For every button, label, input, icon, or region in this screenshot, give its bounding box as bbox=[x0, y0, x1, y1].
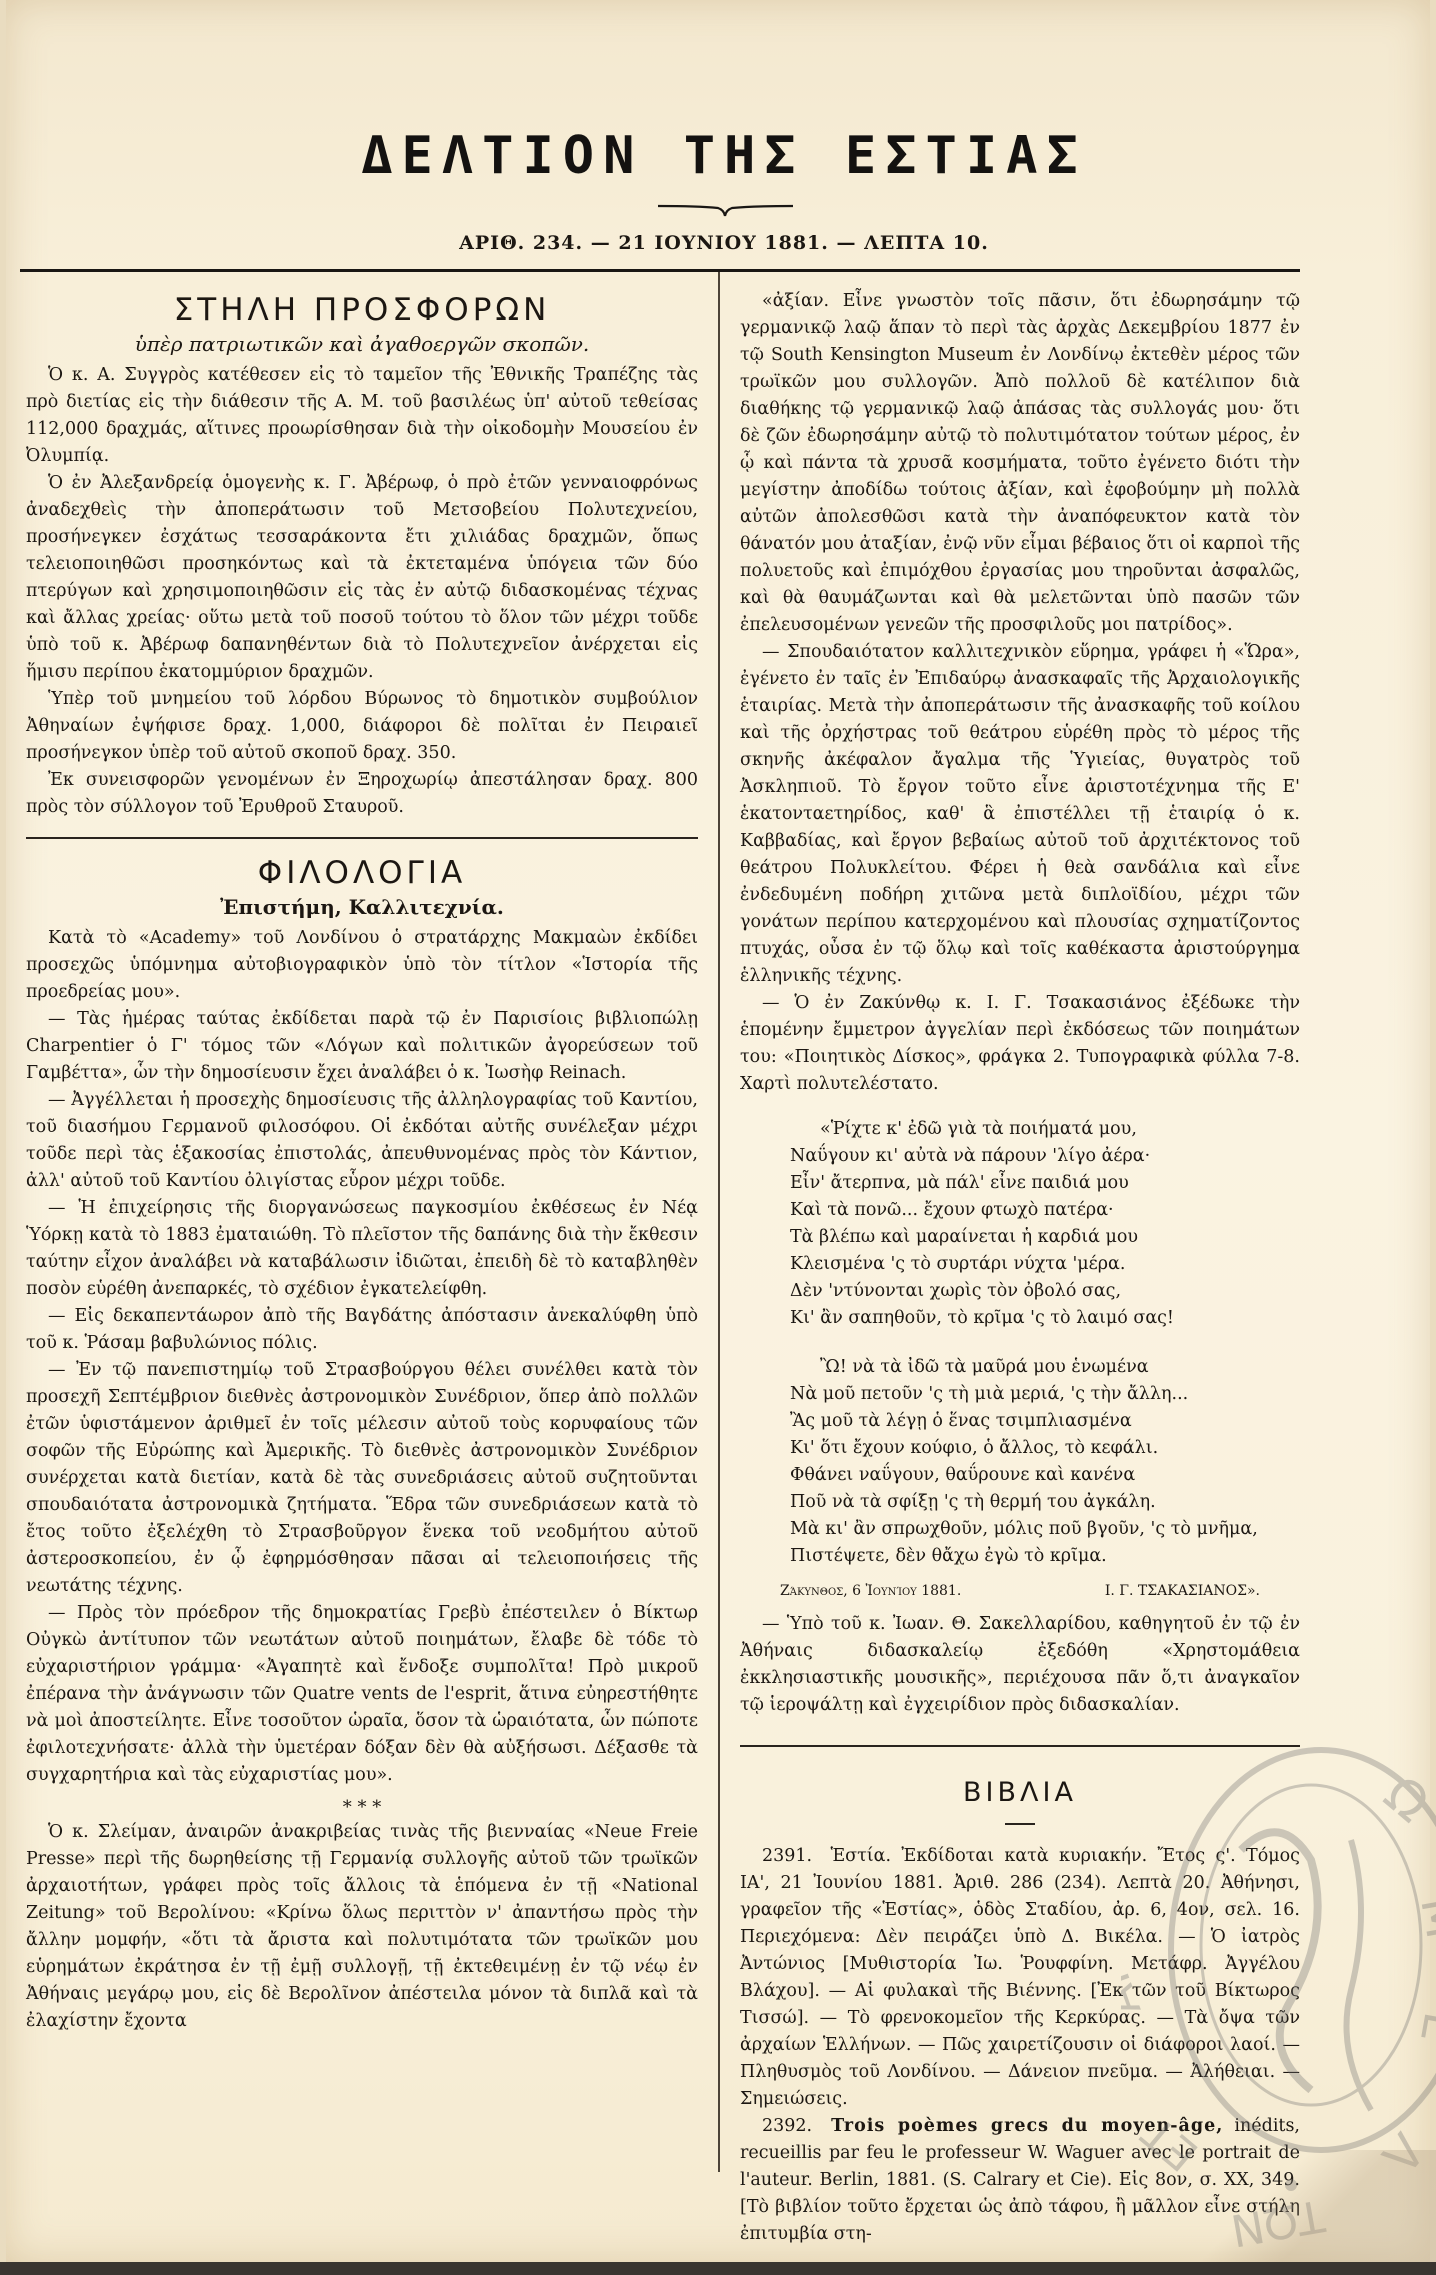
article-paragraph: — Τὰς ἡμέρας ταύτας ἐκδίδεται παρὰ τῷ ἐν… bbox=[26, 1006, 698, 1087]
poem-line: Εἶν' ἄτερπνα, μὰ πάλ' εἶνε παιδιά μου bbox=[790, 1170, 1300, 1197]
poem-line: Ἂς μοῦ τὰ λέγῃ ὁ ἕνας τσιμπλιασμένα bbox=[790, 1408, 1300, 1435]
poem-line: Μὰ κι' ἂν σπρωχθοῦν, μόλις ποῦ βγοῦν, 'ς… bbox=[790, 1516, 1300, 1543]
poem-line: Κλεισμένα 'ς τὸ συρτάρι νύχτα 'μέρα. bbox=[790, 1251, 1300, 1278]
poem-line: Καὶ τὰ πονῶ... ἔχουν φτωχὸ πατέρα· bbox=[790, 1197, 1300, 1224]
page-bottom-edge bbox=[0, 2262, 1436, 2275]
column-divider bbox=[718, 272, 720, 2172]
svg-text:Ω: Ω bbox=[1373, 1765, 1436, 1834]
article-paragraph: Ὑπὲρ τοῦ μνημείου τοῦ λόρδου Βύρωνος τὸ … bbox=[26, 686, 698, 767]
article-paragraph: Κατὰ τὸ «Academy» τοῦ Λονδίνου ὁ στρατάρ… bbox=[26, 925, 698, 1006]
ornament-flourish-icon bbox=[658, 200, 793, 220]
section-title-books: ΒΙΒΛΙΑ bbox=[740, 1773, 1300, 1813]
poem-line: «Ῥίχτε κ' ἐδῶ γιὰ τὰ ποιήματά μου, bbox=[790, 1116, 1300, 1143]
masthead-rule bbox=[20, 269, 1300, 272]
stanza-gap bbox=[790, 1332, 1300, 1354]
poem-place-date: Ζάκυνθος, 6 Ἰουνίου 1881. bbox=[780, 1578, 961, 1605]
poem-line: Δὲν 'ντύνονται χωρὶς τὸν ὀβολό σας, bbox=[790, 1278, 1300, 1305]
asterism-separator: * * * bbox=[26, 1799, 698, 1817]
poem-line: Τὰ βλέπω καὶ μαραίνεται ἡ καρδιά μου bbox=[790, 1224, 1300, 1251]
article-paragraph: — Πρὸς τὸν πρόεδρον τῆς δημοκρατίας Γρεβ… bbox=[26, 1600, 698, 1789]
article-paragraph: «ἀξίαν. Εἶνε γνωστὸν τοῖς πᾶσιν, ὅτι ἐδω… bbox=[740, 288, 1300, 639]
poem-author: Ι. Γ. ΤΣΑΚΑΣΙΑΝΟΣ». bbox=[1105, 1578, 1260, 1605]
article-paragraph: — Σπουδαιότατον καλλιτεχνικὸν εὕρημα, γρ… bbox=[740, 639, 1300, 990]
poem-line: Νὰ μοῦ πετοῦν 'ς τὴ μιὰ μεριά, 'ς τὴν ἄλ… bbox=[790, 1381, 1300, 1408]
page-fold-shadow bbox=[1146, 2150, 1436, 2262]
article-paragraph: Ἐκ συνεισφορῶν γενομένων ἐν Ξηροχωρίῳ ἀπ… bbox=[26, 767, 698, 821]
poem-line: Φθάνει ναΰγουν, θαΰρουνε καὶ κανένα bbox=[790, 1462, 1300, 1489]
article-paragraph: — Ὁ ἐν Ζακύνθῳ κ. Ι. Γ. Τσακασιάνος ἐξέδ… bbox=[740, 990, 1300, 1098]
left-column: ΣΤΗΛΗ ΠΡΟΣΦΟΡΩΝ ὑπὲρ πατριωτικῶν καὶ ἀγα… bbox=[26, 288, 698, 2035]
article-paragraph: — Εἰς δεκαπεντάωρον ἀπὸ τῆς Βαγδάτης ἀπό… bbox=[26, 1303, 698, 1357]
article-paragraph: Ὁ ἐν Ἀλεξανδρείᾳ ὁμογενὴς κ. Γ. Ἀβέρωφ, … bbox=[26, 470, 698, 686]
poem: «Ῥίχτε κ' ἐδῶ γιὰ τὰ ποιήματά μου, Ναΰγο… bbox=[790, 1116, 1300, 1570]
book-number: 2392. bbox=[762, 2116, 812, 2136]
section-subtitle-philology: Ἐπιστήμη, Καλλιτεχνία. bbox=[26, 893, 698, 921]
poem-line: Κι' ὅτι ἔχουν κούφιο, ὁ ἄλλος, τὸ κεφάλι… bbox=[790, 1435, 1300, 1462]
poem-line: Ὢ! νὰ τὰ ἰδῶ τὰ μαῦρά μου ἑνωμένα bbox=[790, 1354, 1300, 1381]
section-title-offers: ΣΤΗΛΗ ΠΡΟΣΦΟΡΩΝ bbox=[26, 290, 698, 330]
section-title-philology: ΦΙΛΟΛΟΓΙΑ bbox=[26, 853, 698, 893]
section-rule bbox=[26, 837, 698, 839]
poem-line: Ναΰγουν κι' αὐτὰ νὰ πάρουν 'λίγο ἀέρα· bbox=[790, 1143, 1300, 1170]
article-paragraph: — Ἀγγέλλεται ἡ προσεχὴς δημοσίευσις τῆς … bbox=[26, 1087, 698, 1195]
poem-line: Κι' ἂν σαπηθοῦν, τὸ κρῖμα 'ς τὸ λαιμό σα… bbox=[790, 1305, 1300, 1332]
article-paragraph: Ὁ κ. Σλείμαν, ἀναιρῶν ἀνακριβείας τινὰς … bbox=[26, 1819, 698, 2035]
newspaper-page: ΔΕΛΤΙΟΝ ΤΗΣ ΕΣΤΙΑΣ ΑΡΙΘ. 234. — 21 ΙΟΥΝΙ… bbox=[6, 0, 1430, 2262]
article-paragraph: — Ἐν τῷ πανεπιστημίῳ τοῦ Στρασβούργου θέ… bbox=[26, 1357, 698, 1600]
section-subtitle-offers: ὑπὲρ πατριωτικῶν καὶ ἀγαθοεργῶν σκοπῶν. bbox=[26, 330, 698, 358]
issue-line: ΑΡΙΘ. 234. — 21 ΙΟΥΝΙΟΥ 1881. — ΛΕΠΤΑ 10… bbox=[6, 232, 1436, 254]
poem-signature: Ζάκυνθος, 6 Ἰουνίου 1881. Ι. Γ. ΤΣΑΚΑΣΙΑ… bbox=[780, 1578, 1260, 1605]
short-rule bbox=[1005, 1823, 1035, 1825]
poem-line: Ποῦ νὰ τὰ σφίξῃ 'ς τὴ θερμή του ἀγκάλη. bbox=[790, 1489, 1300, 1516]
masthead-title: ΔΕΛΤΙΟΝ ΤΗΣ ΕΣΤΙΑΣ bbox=[6, 126, 1436, 186]
book-number: 2391. bbox=[762, 1846, 812, 1866]
article-paragraph: — Ὑπὸ τοῦ κ. Ἰωαν. Θ. Σακελλαρίδου, καθη… bbox=[740, 1611, 1300, 1719]
book-description: Ἐκδίδοται κατὰ κυριακήν. Ἔτος ς'. Τόμος … bbox=[740, 1846, 1300, 2109]
right-column: «ἀξίαν. Εἶνε γνωστὸν τοῖς πᾶσιν, ὅτι ἐδω… bbox=[740, 288, 1300, 2248]
book-title: Ἑστία. bbox=[830, 1846, 891, 1866]
poem-line: Πιστέψετε, δὲν θἄχω ἐγὼ τὸ κρῖμα. bbox=[790, 1543, 1300, 1570]
article-paragraph: Ὁ κ. Α. Συγγρὸς κατέθεσεν εἰς τὸ ταμεῖον… bbox=[26, 362, 698, 470]
section-rule bbox=[740, 1745, 1300, 1747]
book-title: Trois poèmes grecs du moyen-âge, bbox=[831, 2116, 1223, 2136]
article-paragraph: — Ἡ ἐπιχείρησις τῆς διοργανώσεως παγκοσμ… bbox=[26, 1195, 698, 1303]
book-entry: 2391. Ἑστία. Ἐκδίδοται κατὰ κυριακήν. Ἔτ… bbox=[740, 1843, 1300, 2113]
svg-text:Ε: Ε bbox=[1409, 2008, 1436, 2048]
svg-text:Μ: Μ bbox=[1409, 1892, 1436, 1943]
